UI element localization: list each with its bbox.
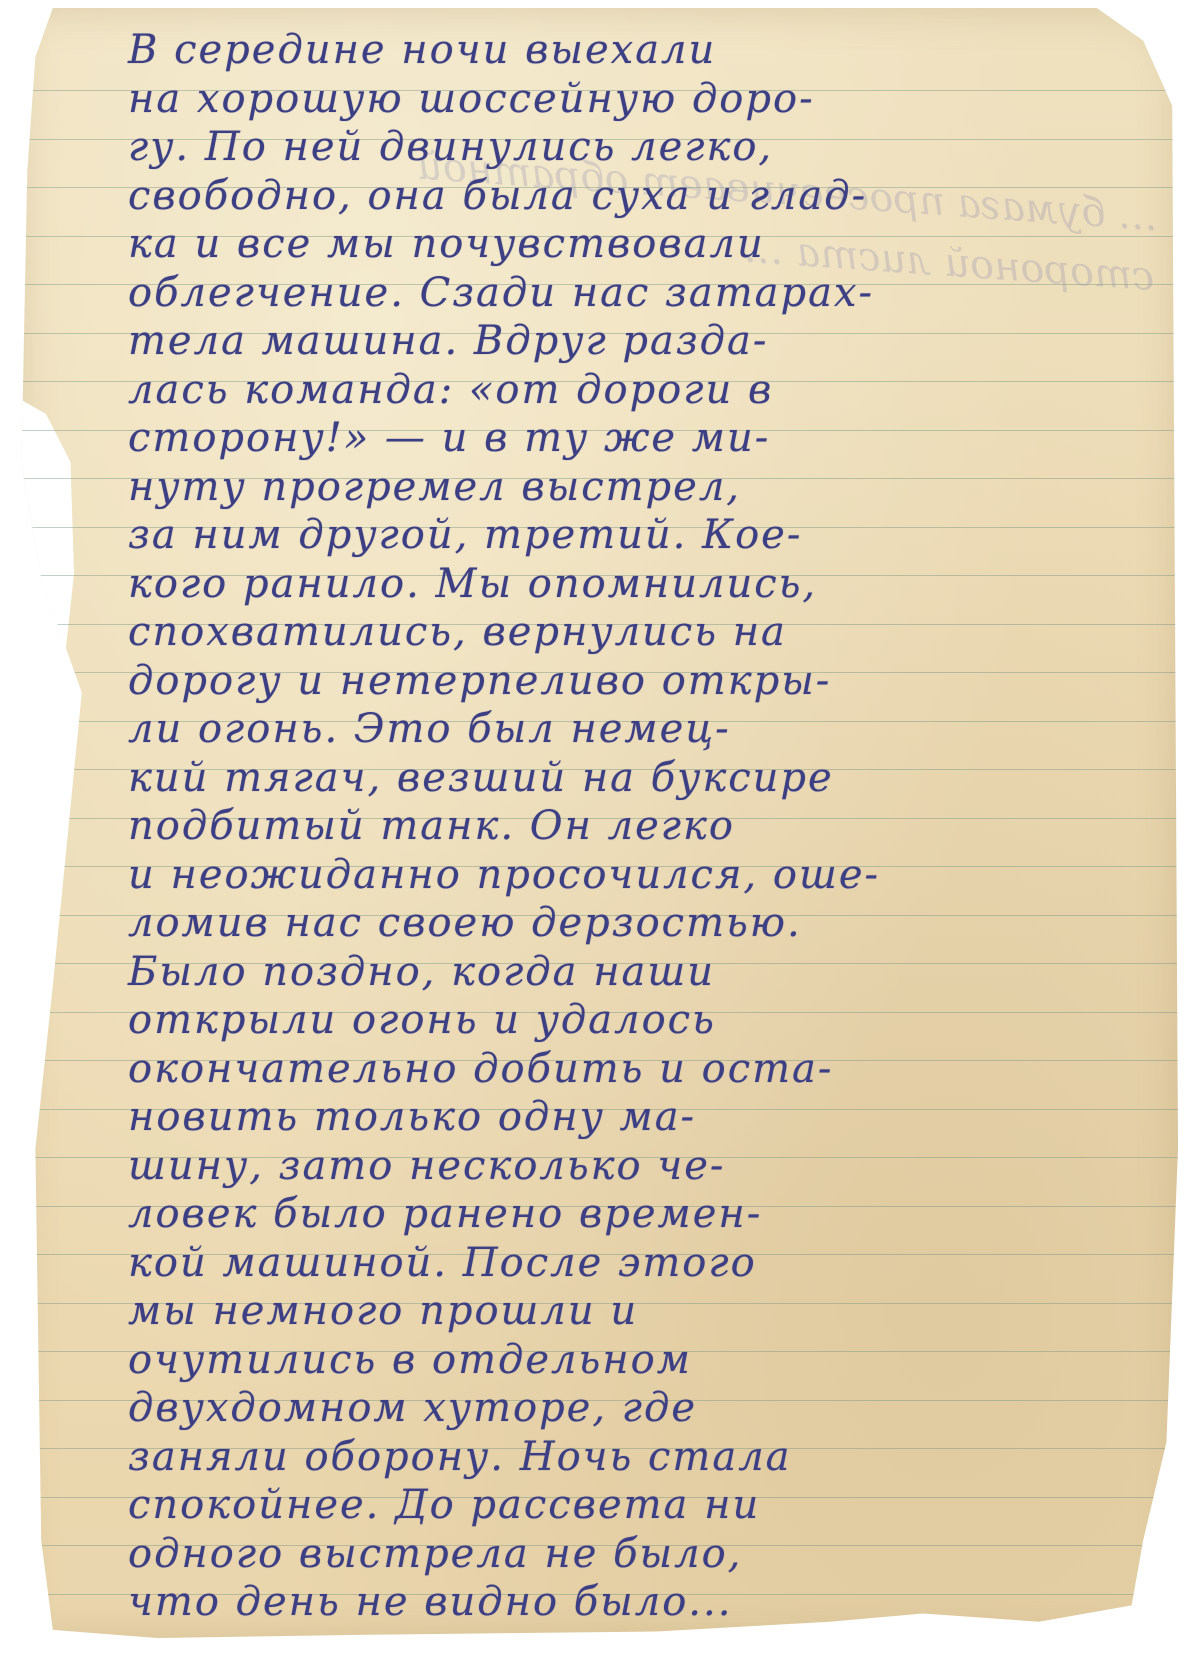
text-line: ломив нас своею дерзостью. — [128, 899, 1158, 948]
text-line: лась команда: «от дороги в — [128, 366, 1158, 415]
text-line: очутились в отдельном — [128, 1336, 1158, 1385]
text-line: что день не видно было... — [128, 1578, 1158, 1627]
text-line: тела машина. Вдруг разда- — [128, 317, 1158, 366]
text-line: одного выстрела не было, — [128, 1530, 1158, 1579]
text-line: В середине ночи выехали — [128, 26, 1158, 75]
text-line: спокойнее. До рассвета ни — [128, 1481, 1158, 1530]
text-line: окончательно добить и оста- — [128, 1045, 1158, 1094]
text-line: за ним другой, третий. Кое- — [128, 511, 1158, 560]
text-line: двухдомном хуторе, где — [128, 1384, 1158, 1433]
text-line: облегчение. Сзади нас затарах- — [128, 269, 1158, 318]
text-line: подбитый танк. Он легко — [128, 802, 1158, 851]
text-line: кий тягач, везший на буксире — [128, 754, 1158, 803]
text-line: ка и все мы почувствовали — [128, 220, 1158, 269]
text-line: на хорошую шоссейную доро- — [128, 75, 1158, 124]
text-line: открыли огонь и удалось — [128, 996, 1158, 1045]
text-line: ловек было ранено времен- — [128, 1190, 1158, 1239]
text-line: мы немного прошли и — [128, 1287, 1158, 1336]
letter-page: … бумага просвечивает обратной стороной … — [18, 8, 1178, 1638]
ruled-line — [18, 1642, 1178, 1643]
text-line: свободно, она была суха и глад- — [128, 172, 1158, 221]
text-line: дорогу и нетерпеливо откры- — [128, 657, 1158, 706]
handwritten-text: В середине ночи выехали на хорошую шоссе… — [128, 26, 1158, 1627]
text-line: Было поздно, когда наши — [128, 948, 1158, 997]
text-line: спохватились, вернулись на — [128, 608, 1158, 657]
text-line: сторону!» — и в ту же ми- — [128, 414, 1158, 463]
text-line: гу. По ней двинулись легко, — [128, 123, 1158, 172]
text-line: новить только одну ма- — [128, 1093, 1158, 1142]
text-line: кого ранило. Мы опомнились, — [128, 560, 1158, 609]
text-line: заняли оборону. Ночь стала — [128, 1433, 1158, 1482]
text-line: нуту прогремел выстрел, — [128, 463, 1158, 512]
text-line: шину, зато несколько че- — [128, 1142, 1158, 1191]
text-line: ли огонь. Это был немец- — [128, 705, 1158, 754]
text-line: и неожиданно просочился, оше- — [128, 851, 1158, 900]
text-line: кой машиной. После этого — [128, 1239, 1158, 1288]
